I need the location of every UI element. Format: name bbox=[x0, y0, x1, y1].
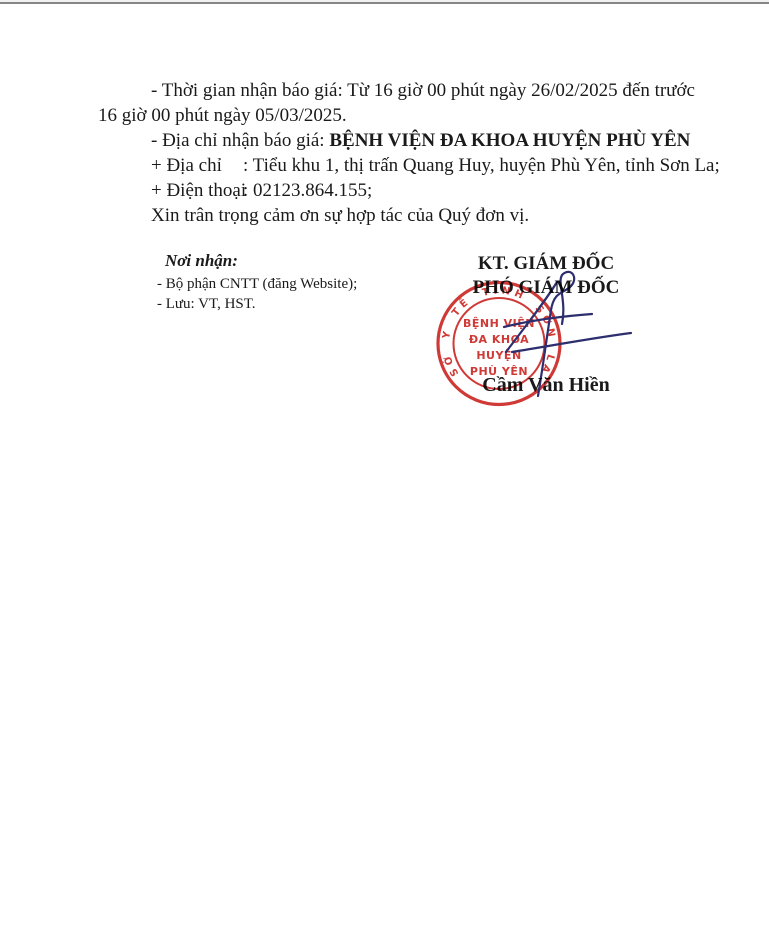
hospital-name: BỆNH VIỆN ĐA KHOA HUYỆN PHÙ YÊN bbox=[329, 130, 690, 151]
signer-title-line-1: KT. GIÁM ĐỐC bbox=[436, 252, 656, 276]
quote-address-label: - Địa chỉ nhận báo giá: bbox=[151, 130, 329, 151]
quote-address-line: - Địa chỉ nhận báo giá: BỆNH VIỆN ĐA KHO… bbox=[98, 128, 728, 153]
thanks-line: Xin trân trọng cảm ơn sự hợp tác của Quý… bbox=[98, 203, 728, 228]
signer-name: Cầm Văn Hiền bbox=[436, 374, 656, 397]
contact-phone-label: + Điện thoại bbox=[151, 178, 243, 203]
contact-address-value: : Tiểu khu 1, thị trấn Quang Huy, huyện … bbox=[243, 155, 720, 176]
contact-address-label: + Địa chỉ bbox=[151, 153, 243, 178]
letter-body: - Thời gian nhận báo giá: Từ 16 giờ 00 p… bbox=[98, 78, 728, 228]
recipients-block: Nơi nhận: - Bộ phận CNTT (đăng Website);… bbox=[157, 250, 357, 314]
signature-block: KT. GIÁM ĐỐC PHÓ GIÁM ĐỐC Cầm Văn Hiền bbox=[436, 252, 656, 397]
recipient-item: - Lưu: VT, HST. bbox=[157, 294, 357, 314]
page-top-separator bbox=[0, 0, 769, 4]
quote-time-line-1: - Thời gian nhận báo giá: Từ 16 giờ 00 p… bbox=[98, 78, 728, 103]
quote-time-line-2: 16 giờ 00 phút ngày 05/03/2025. bbox=[98, 103, 728, 128]
contact-phone-row: + Điện thoại: 02123.864.155; bbox=[98, 178, 728, 203]
document-page: - Thời gian nhận báo giá: Từ 16 giờ 00 p… bbox=[0, 0, 769, 943]
contact-address-row: + Địa chỉ: Tiểu khu 1, thị trấn Quang Hu… bbox=[98, 153, 728, 178]
page-edge-line bbox=[0, 2, 769, 4]
contact-phone-value: : 02123.864.155; bbox=[243, 180, 372, 201]
signer-title-line-2: PHÓ GIÁM ĐỐC bbox=[436, 276, 656, 300]
recipients-heading: Nơi nhận: bbox=[157, 250, 357, 272]
recipient-item: - Bộ phận CNTT (đăng Website); bbox=[157, 274, 357, 294]
